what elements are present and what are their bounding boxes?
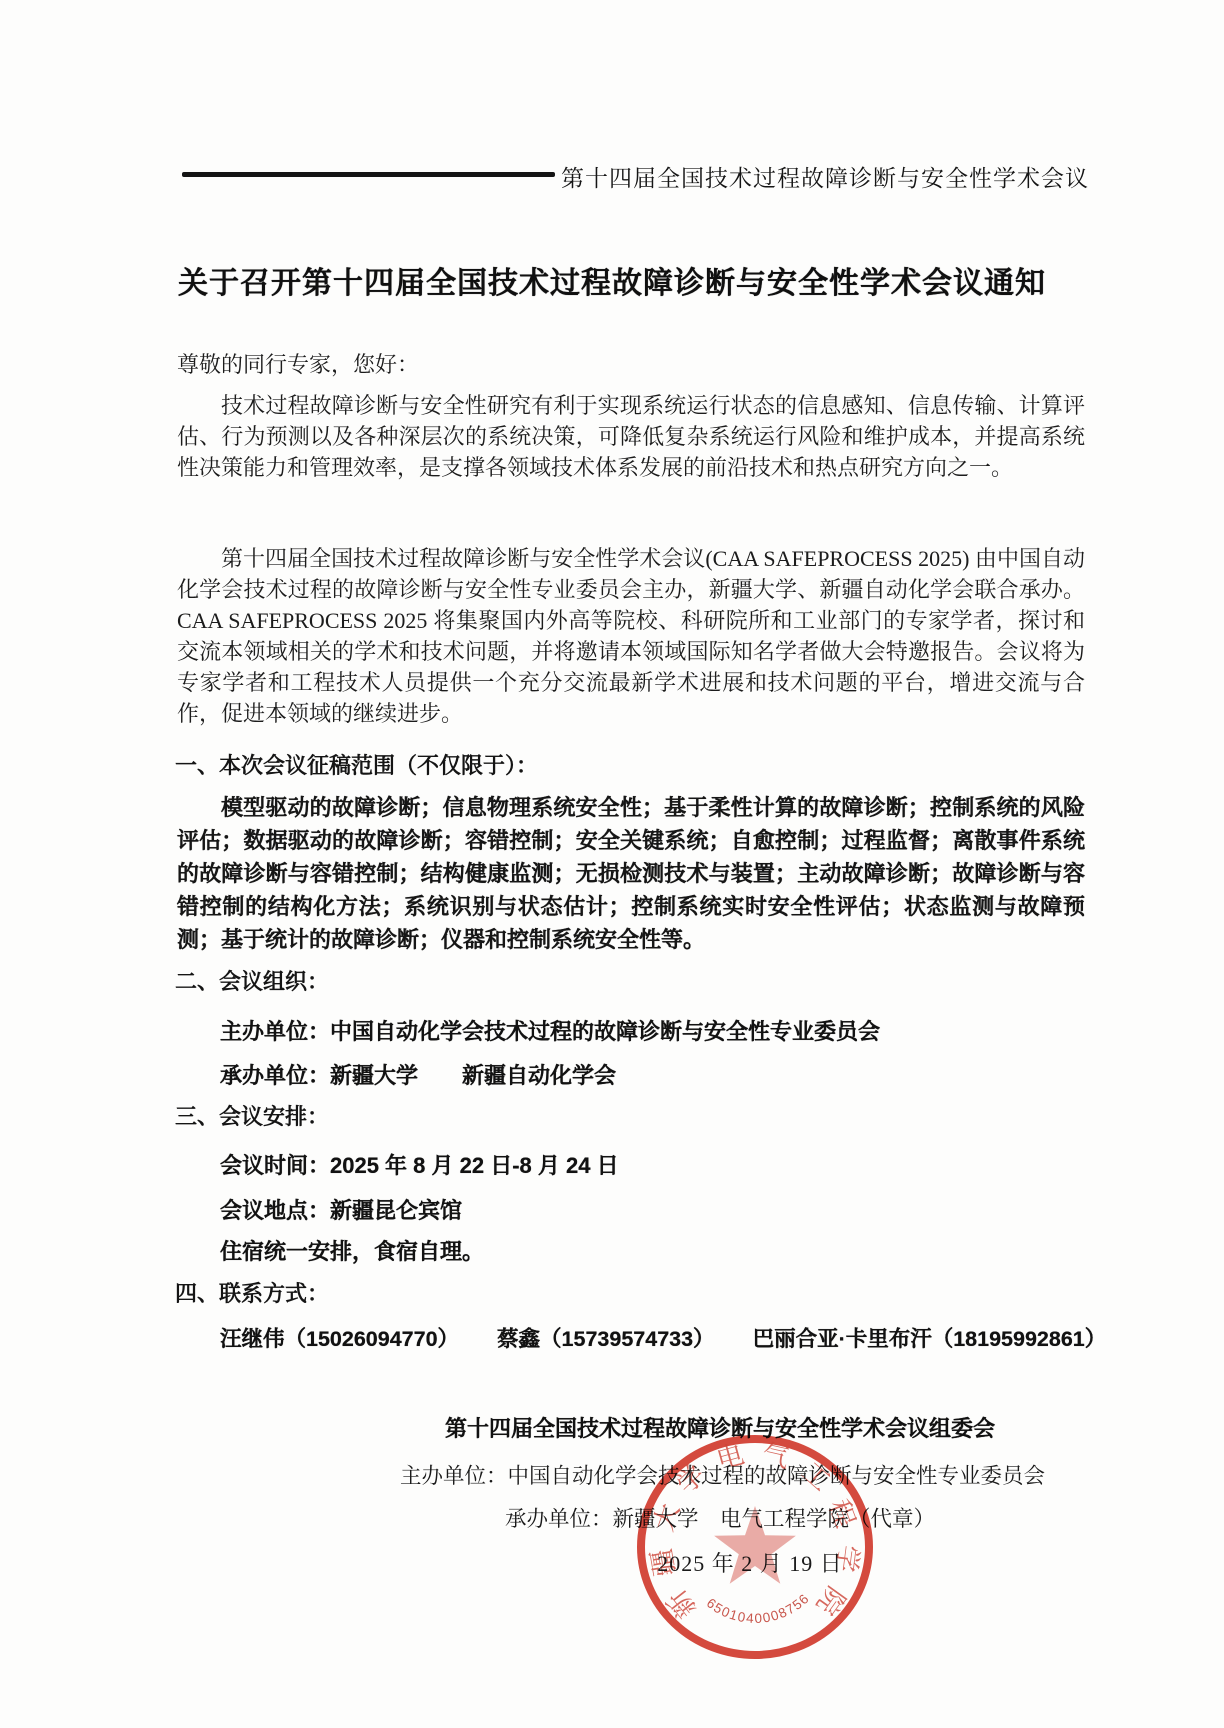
greeting-line: 尊敬的同行专家，您好： [177, 348, 419, 379]
organizer-line: 承办单位：新疆大学 新疆自动化学会 [220, 1059, 616, 1090]
conference-time-line: 会议时间：2025 年 8 月 22 日-8 月 24 日 [220, 1149, 619, 1180]
section-3-heading: 三、会议安排： [175, 1100, 329, 1131]
section-1-topics: 模型驱动的故障诊断；信息物理系统安全性；基于柔性计算的故障诊断；控制系统的风险评… [177, 791, 1085, 956]
section-2-heading: 二、会议组织： [175, 965, 329, 996]
contact-person-1: 汪继伟（15026094770） [220, 1322, 459, 1353]
svg-text:6501040008756: 6501040008756 [704, 1590, 813, 1626]
seal-serial-number: 6501040008756 [704, 1590, 813, 1626]
host-organization-line: 主办单位：中国自动化学会技术过程的故障诊断与安全性专业委员会 [220, 1015, 880, 1046]
contact-person-2: 蔡鑫（15739574733） [497, 1322, 715, 1353]
contact-person-3: 巴丽合亚·卡里布汗（18195992861） [753, 1322, 1107, 1353]
contacts-line: 汪继伟（15026094770） 蔡鑫（15739574733） 巴丽合亚·卡里… [220, 1322, 1106, 1353]
intro-paragraph-1: 技术过程故障诊断与安全性研究有利于实现系统运行状态的信息感知、信息传输、计算评估… [177, 390, 1085, 483]
intro-paragraph-2: 第十四届全国技术过程故障诊断与安全性学术会议(CAA SAFEPROCESS 2… [177, 543, 1085, 729]
page-title: 关于召开第十四届全国技术过程故障诊断与安全性学术会议通知 [0, 258, 1224, 302]
header-rule [182, 172, 555, 177]
lodging-line: 住宿统一安排，食宿自理。 [220, 1235, 484, 1266]
header-tagline: 第十四届全国技术过程故障诊断与安全性学术会议 [561, 160, 1089, 193]
section-4-heading: 四、联系方式： [175, 1277, 329, 1308]
seal-star-icon [714, 1506, 796, 1584]
official-seal-stamp: 新疆大学电气工程学院 6501040008756 [633, 1432, 877, 1664]
section-1-heading: 一、本次会议征稿范围（不仅限于）： [175, 749, 538, 780]
conference-venue-line: 会议地点：新疆昆仑宾馆 [220, 1194, 462, 1225]
